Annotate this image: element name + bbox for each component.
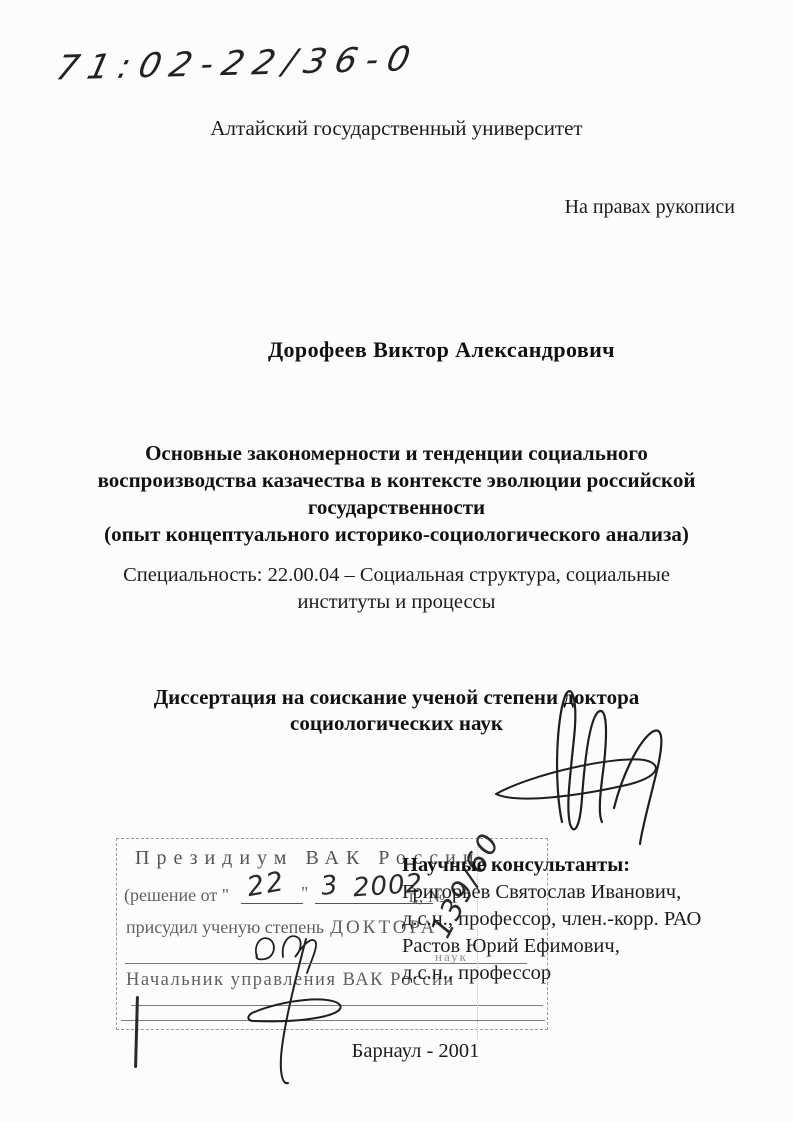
signature-stroke xyxy=(557,691,606,829)
speciality-line: институты и процессы xyxy=(0,589,793,616)
speciality-line: Специальность: 22.00.04 – Социальная стр… xyxy=(0,562,793,589)
dissertation-title: Основные закономерности и тенденции соци… xyxy=(0,440,793,548)
title-line: (опыт концептуального историко-социологи… xyxy=(0,521,793,548)
signature-stroke xyxy=(248,999,340,1021)
author-signature xyxy=(492,686,670,850)
dissertation-line: Диссертация на соискание ученой степени … xyxy=(0,684,793,710)
signature-stroke xyxy=(614,730,661,844)
title-line: государственности xyxy=(0,494,793,521)
consultants-block: Научные консультанты: Григорьев Святосла… xyxy=(402,852,732,987)
handwritten-month: 3 xyxy=(319,870,339,902)
city-year: Барнаул - 2001 xyxy=(19,1040,793,1063)
author-name: Дорофеев Виктор Александрович xyxy=(45,337,793,363)
consultant-line: д.с.н., профессор xyxy=(402,960,732,987)
scanned-title-page: 71:02-22/36-0 Алтайский государственный … xyxy=(0,0,793,1122)
stamp-blank-underline xyxy=(241,903,303,904)
title-line: воспроизводства казачества в контексте э… xyxy=(0,467,793,494)
handwritten-day: 22 xyxy=(245,866,288,903)
official-signature xyxy=(240,935,352,1087)
signature-stroke xyxy=(496,759,656,798)
consultant-line: Растов Юрий Ефимович, xyxy=(402,933,732,960)
title-line: Основные закономерности и тенденции соци… xyxy=(0,440,793,467)
manuscript-rights-note: На правах рукописи xyxy=(565,196,735,219)
stamp-quote: " xyxy=(301,883,308,904)
university-name: Алтайский государственный университет xyxy=(0,116,793,141)
consultant-line: Григорьев Святослав Иванович, xyxy=(402,879,732,906)
consultant-line: д.с.н., профессор, член.-корр. РАО xyxy=(402,906,732,933)
consultants-heading: Научные консультанты: xyxy=(402,852,732,879)
dissertation-line: социологических наук xyxy=(0,710,793,736)
dissertation-statement: Диссертация на соискание ученой степени … xyxy=(0,684,793,736)
stamp-decision-prefix: (решение от " xyxy=(124,885,229,906)
handwritten-inventory-number: 71:02-22/36-0 xyxy=(52,40,403,89)
speciality: Специальность: 22.00.04 – Социальная стр… xyxy=(0,562,793,616)
